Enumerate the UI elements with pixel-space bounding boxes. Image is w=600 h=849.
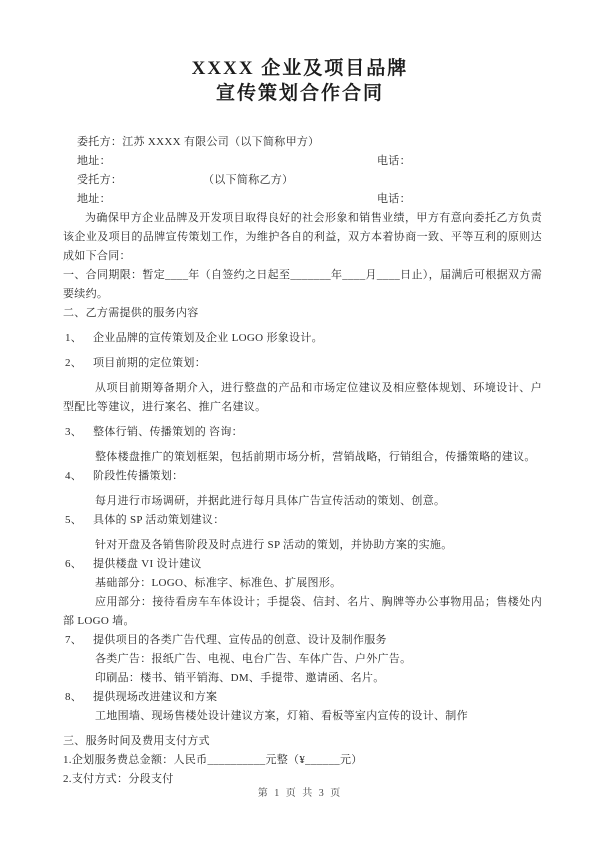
field-line: 委托方：江苏 XXXX 有限公司（以下简称甲方） bbox=[63, 133, 542, 152]
numbered-item: 3、整体行销、传播策划的 咨询： bbox=[63, 423, 542, 442]
item-number: 3、 bbox=[63, 423, 93, 442]
field-label: 地址： bbox=[77, 193, 111, 205]
item-text: 提供楼盘 VI 设计建议 bbox=[93, 555, 542, 574]
paragraph: 为确保甲方企业品牌及开发项目取得良好的社会形象和销售业绩，甲方有意向委托乙方负责… bbox=[63, 209, 542, 266]
title-line-1: XXXX 企业及项目品牌 bbox=[0, 56, 600, 81]
title-line-2: 宣传策划合作合同 bbox=[0, 81, 600, 106]
page-footer: 第 1 页 共 3 页 bbox=[0, 784, 600, 799]
item-text: 提供现场改进建议和方案 bbox=[93, 688, 542, 707]
numbered-item: 1、企业品牌的宣传策划及企业 LOGO 形象设计。 bbox=[63, 329, 542, 348]
numbered-item: 6、提供楼盘 VI 设计建议 bbox=[63, 555, 542, 574]
contract-body: 委托方：江苏 XXXX 有限公司（以下简称甲方）地址：电话：受托方：（以下简称乙… bbox=[63, 133, 542, 789]
sub-paragraph: 从项目前期筹备期介入，进行整盘的产品和市场定位建议及相应整体规划、环境设计、户型… bbox=[63, 379, 542, 417]
field-right-label: 电话： bbox=[377, 190, 411, 209]
field-line: 地址：电话： bbox=[63, 152, 542, 171]
sub-paragraph: 应用部分：接待看房车车体设计；手提袋、信封、名片、胸牌等办公事物用品；售楼处内部… bbox=[63, 593, 542, 631]
sub-paragraph: 工地围墙、现场售楼处设计建议方案，灯箱、看板等室内宣传的设计、制作 bbox=[63, 707, 542, 726]
item-number: 8、 bbox=[63, 688, 93, 707]
item-number: 7、 bbox=[63, 631, 93, 650]
numbered-item: 5、具体的 SP 活动策划建议： bbox=[63, 511, 542, 530]
item-text: 企业品牌的宣传策划及企业 LOGO 形象设计。 bbox=[93, 329, 542, 348]
sub-paragraph: 每月进行市场调研，并据此进行每月具体广告宣传活动的策划、创意。 bbox=[63, 492, 542, 511]
page-title: XXXX 企业及项目品牌 宣传策划合作合同 bbox=[0, 56, 600, 106]
item-number: 6、 bbox=[63, 555, 93, 574]
item-number: 1、 bbox=[63, 329, 93, 348]
sub-paragraph: 整体楼盘推广的策划框架，包括前期市场分析，营销战略，行销组合，传播策略的建议。 bbox=[63, 448, 542, 467]
paragraph: 1.企划服务费总金额：人民币__________元整（¥______元） bbox=[63, 751, 542, 770]
contract-page: XXXX 企业及项目品牌 宣传策划合作合同 委托方：江苏 XXXX 有限公司（以… bbox=[0, 0, 600, 849]
item-text: 整体行销、传播策划的 咨询： bbox=[93, 423, 542, 442]
sub-paragraph: 各类广告：报纸广告、电视、电台广告、车体广告、户外广告。 bbox=[63, 650, 542, 669]
numbered-item: 4、阶段性传播策划： bbox=[63, 467, 542, 486]
field-mid-label: （以下简称乙方） bbox=[203, 171, 293, 190]
item-text: 项目前期的定位策划： bbox=[93, 354, 542, 373]
item-number: 4、 bbox=[63, 467, 93, 486]
sub-paragraph: 基础部分：LOGO、标准字、标准色、扩展图形。 bbox=[63, 574, 542, 593]
field-label: 受托方： bbox=[77, 174, 122, 186]
item-text: 阶段性传播策划： bbox=[93, 467, 542, 486]
field-right-label: 电话： bbox=[377, 152, 411, 171]
paragraph: 一、合同期限：暂定____年（自签约之日起至_______年____月____日… bbox=[63, 266, 542, 304]
numbered-item: 2、项目前期的定位策划： bbox=[63, 354, 542, 373]
item-text: 提供项目的各类广告代理、宣传品的创意、设计及制作服务 bbox=[93, 631, 542, 650]
numbered-item: 8、提供现场改进建议和方案 bbox=[63, 688, 542, 707]
sub-paragraph: 印刷品：楼书、销平销海、DM、手提带、邀请函、名片。 bbox=[63, 669, 542, 688]
field-line: 受托方：（以下简称乙方） bbox=[63, 171, 542, 190]
item-number: 2、 bbox=[63, 354, 93, 373]
field-label: 地址： bbox=[77, 155, 111, 167]
item-text: 具体的 SP 活动策划建议： bbox=[93, 511, 542, 530]
item-number: 5、 bbox=[63, 511, 93, 530]
paragraph: 二、乙方需提供的服务内容 bbox=[63, 304, 542, 323]
paragraph: 三、服务时间及费用支付方式 bbox=[63, 732, 542, 751]
field-line: 地址：电话： bbox=[63, 190, 542, 209]
sub-paragraph: 针对开盘及各销售阶段及时点进行 SP 活动的策划，并协助方案的实施。 bbox=[63, 536, 542, 555]
numbered-item: 7、提供项目的各类广告代理、宣传品的创意、设计及制作服务 bbox=[63, 631, 542, 650]
